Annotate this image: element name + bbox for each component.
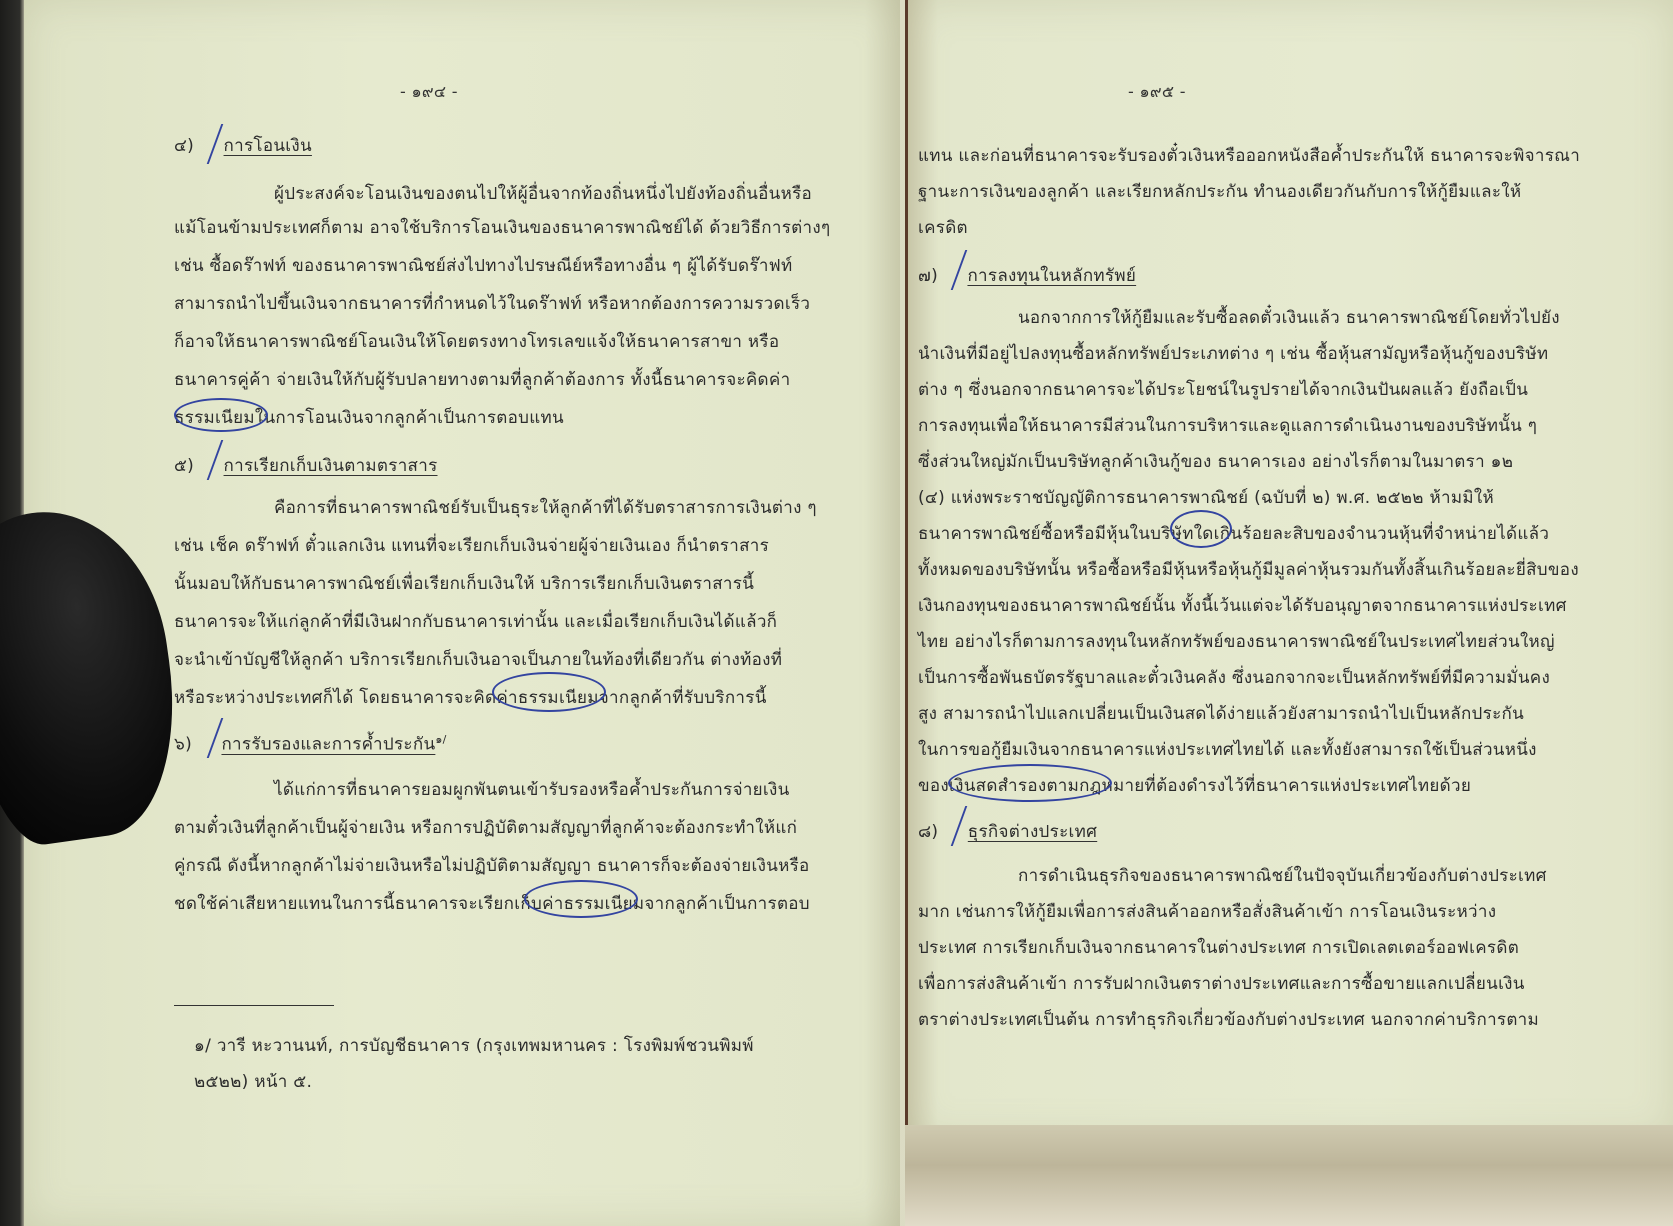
pen-circle-annotation: [1170, 510, 1232, 548]
paragraph-line: ฐานะการเงินของลูกค้า และเรียกหลักประกัน …: [918, 178, 1521, 205]
paragraph-line: ธนาคารพาณิชย์ซื้อหรือมีหุ้นในบริษัทใดเกิ…: [918, 520, 1549, 547]
paragraph-line: นั้นมอบให้กับธนาคารพาณิชย์เพื่อเรียกเก็บ…: [174, 570, 754, 597]
page-number: - ๑๙๔ -: [400, 80, 458, 105]
paragraph-line: สูง สามารถนำไปแลกเปลี่ยนเป็นเงินสดได้ง่า…: [918, 700, 1524, 727]
paragraph-line: นำเงินที่มีอยู่ไปลงทุนซื้อหลักทรัพย์ประเ…: [918, 340, 1548, 367]
paragraph-line: ไทย อย่างไรก็ตามการลงทุนในหลักทรัพย์ของธ…: [918, 628, 1555, 655]
paragraph-line: เพื่อการส่งสินค้าเข้า การรับฝากเงินตราต่…: [918, 970, 1525, 997]
paragraph-line: สามารถนำไปขึ้นเงินจากธนาคารที่กำหนดไว้ใน…: [174, 290, 810, 317]
page-stack-edge: [905, 1125, 1673, 1226]
paragraph-line: ตราต่างประเทศเป็นต้น การทำธุรกิจเกี่ยวข้…: [918, 1006, 1539, 1033]
paragraph-line: เป็นการซื้อพันธบัตรรัฐบาลและตั๋วเงินคลัง…: [918, 664, 1550, 691]
section-number: ๖): [174, 735, 192, 755]
paragraph-line: นอกจากการให้กู้ยืมและรับซื้อลดตั๋วเงินแล…: [1018, 304, 1560, 331]
paragraph-line: ก็อาจให้ธนาคารพาณิชย์โอนเงินให้โดยตรงทาง…: [174, 328, 779, 355]
paragraph-line: มาก เช่นการให้กู้ยืมเพื่อการส่งสินค้าออก…: [918, 898, 1496, 925]
footnote-divider: [174, 1005, 334, 1006]
paragraph-line: ประเทศ การเรียกเก็บเงินจากธนาคารในต่างปร…: [918, 934, 1519, 961]
paragraph-line: เช่น เช็ค ดร๊าฟท์ ตั๋วแลกเงิน แทนที่จะเร…: [174, 532, 769, 559]
paragraph-line: แม้โอนข้ามประเทศก็ตาม อาจใช้บริการโอนเงิ…: [174, 214, 830, 241]
section-heading-7: ๗) การลงทุนในหลักทรัพย์: [918, 262, 1136, 289]
paragraph-line: เงินกองทุนของธนาคารพาณิชย์นั้น ทั้งนี้เว…: [918, 592, 1567, 619]
paragraph-line: ธนาคารคู่ค้า จ่ายเงินให้กับผู้รับปลายทาง…: [174, 366, 790, 393]
paragraph-line: ผู้ประสงค์จะโอนเงินของตนไปให้ผู้อื่นจากท…: [274, 180, 812, 207]
paragraph-line: (๔) แห่งพระราชบัญญัติการธนาคารพาณิชย์ (ฉ…: [918, 484, 1494, 511]
paragraph-line: ทั้งหมดของบริษัทนั้น หรือซื้อหรือมีหุ้นห…: [918, 556, 1579, 583]
page-number: - ๑๙๕ -: [1128, 80, 1186, 105]
pen-circle-annotation: [174, 398, 268, 432]
section-number: ๕): [174, 456, 194, 476]
paragraph-line: การดำเนินธุรกิจของธนาคารพาณิชย์ในปัจจุบั…: [1018, 862, 1547, 889]
paragraph-line: ได้แก่การที่ธนาคารยอมผูกพันตนเข้ารับรองห…: [274, 776, 790, 803]
paragraph-line: แทน และก่อนที่ธนาคารจะรับรองตั๋วเงินหรือ…: [918, 142, 1580, 169]
section-title: การเรียกเก็บเงินตามตราสาร: [224, 456, 438, 476]
section-title: การลงทุนในหลักทรัพย์: [967, 266, 1136, 286]
paragraph-line: ในการขอกู้ยืมเงินจากธนาคารแห่งประเทศไทยไ…: [918, 736, 1537, 763]
footnote-line: ๒๕๒๒) หน้า ๕.: [194, 1068, 312, 1095]
section-title: ธุรกิจต่างประเทศ: [968, 822, 1097, 842]
section-title: การรับรองและการค้ำประกัน: [221, 735, 435, 755]
footnote-reference: ๑/: [435, 733, 446, 746]
paragraph-line: ตามตั๋วเงินที่ลูกค้าเป็นผู้จ่ายเงิน หรือ…: [174, 814, 797, 841]
footnote-line: ๑/ วารี หะวานนท์, การบัญชีธนาคาร (กรุงเท…: [194, 1032, 754, 1059]
paragraph-line: ธนาคารจะให้แก่ลูกค้าที่มีเงินฝากกับธนาคา…: [174, 608, 777, 635]
paragraph-line: ซึ่งส่วนใหญ่มักเป็นบริษัทลูกค้าเงินกู้ขอ…: [918, 448, 1513, 475]
paragraph-line: จะนำเข้าบัญชีให้ลูกค้า บริการเรียกเก็บเง…: [174, 646, 782, 673]
section-number: ๗): [918, 266, 938, 286]
paragraph-line: ชดใช้ค่าเสียหายแทนในการนี้ธนาคารจะเรียกเ…: [174, 890, 810, 917]
paragraph-line: คู่กรณี ดังนี้หากลูกค้าไม่จ่ายเงินหรือไม…: [174, 852, 810, 879]
section-number: ๔): [174, 136, 194, 156]
paragraph-line: คือการที่ธนาคารพาณิชย์รับเป็นธุระให้ลูกค…: [274, 494, 817, 521]
pen-circle-annotation: [948, 764, 1112, 802]
right-page: - ๑๙๕ - แทน และก่อนที่ธนาคารจะรับรองตั๋ว…: [905, 0, 1673, 1140]
pen-circle-annotation: [524, 880, 638, 918]
pen-circle-annotation: [492, 672, 606, 712]
section-number: ๘): [918, 822, 938, 842]
paragraph-line: เครดิต: [918, 214, 968, 241]
paragraph-line: ต่าง ๆ ซึ่งนอกจากธนาคารจะได้ประโยชน์ในรู…: [918, 376, 1528, 403]
paragraph-line: เช่น ซื้อดร๊าฟท์ ของธนาคารพาณิชย์ส่งไปทา…: [174, 252, 793, 279]
book-spine: [905, 0, 908, 1140]
section-heading-8: ๘) ธุรกิจต่างประเทศ: [918, 818, 1097, 845]
paragraph-line: การลงทุนเพื่อให้ธนาคารมีส่วนในการบริหารแ…: [918, 412, 1537, 439]
paragraph-line: หรือระหว่างประเทศก็ได้ โดยธนาคารจะคิดค่า…: [174, 684, 767, 711]
section-heading-4: ๔) การโอนเงิน: [174, 132, 312, 159]
